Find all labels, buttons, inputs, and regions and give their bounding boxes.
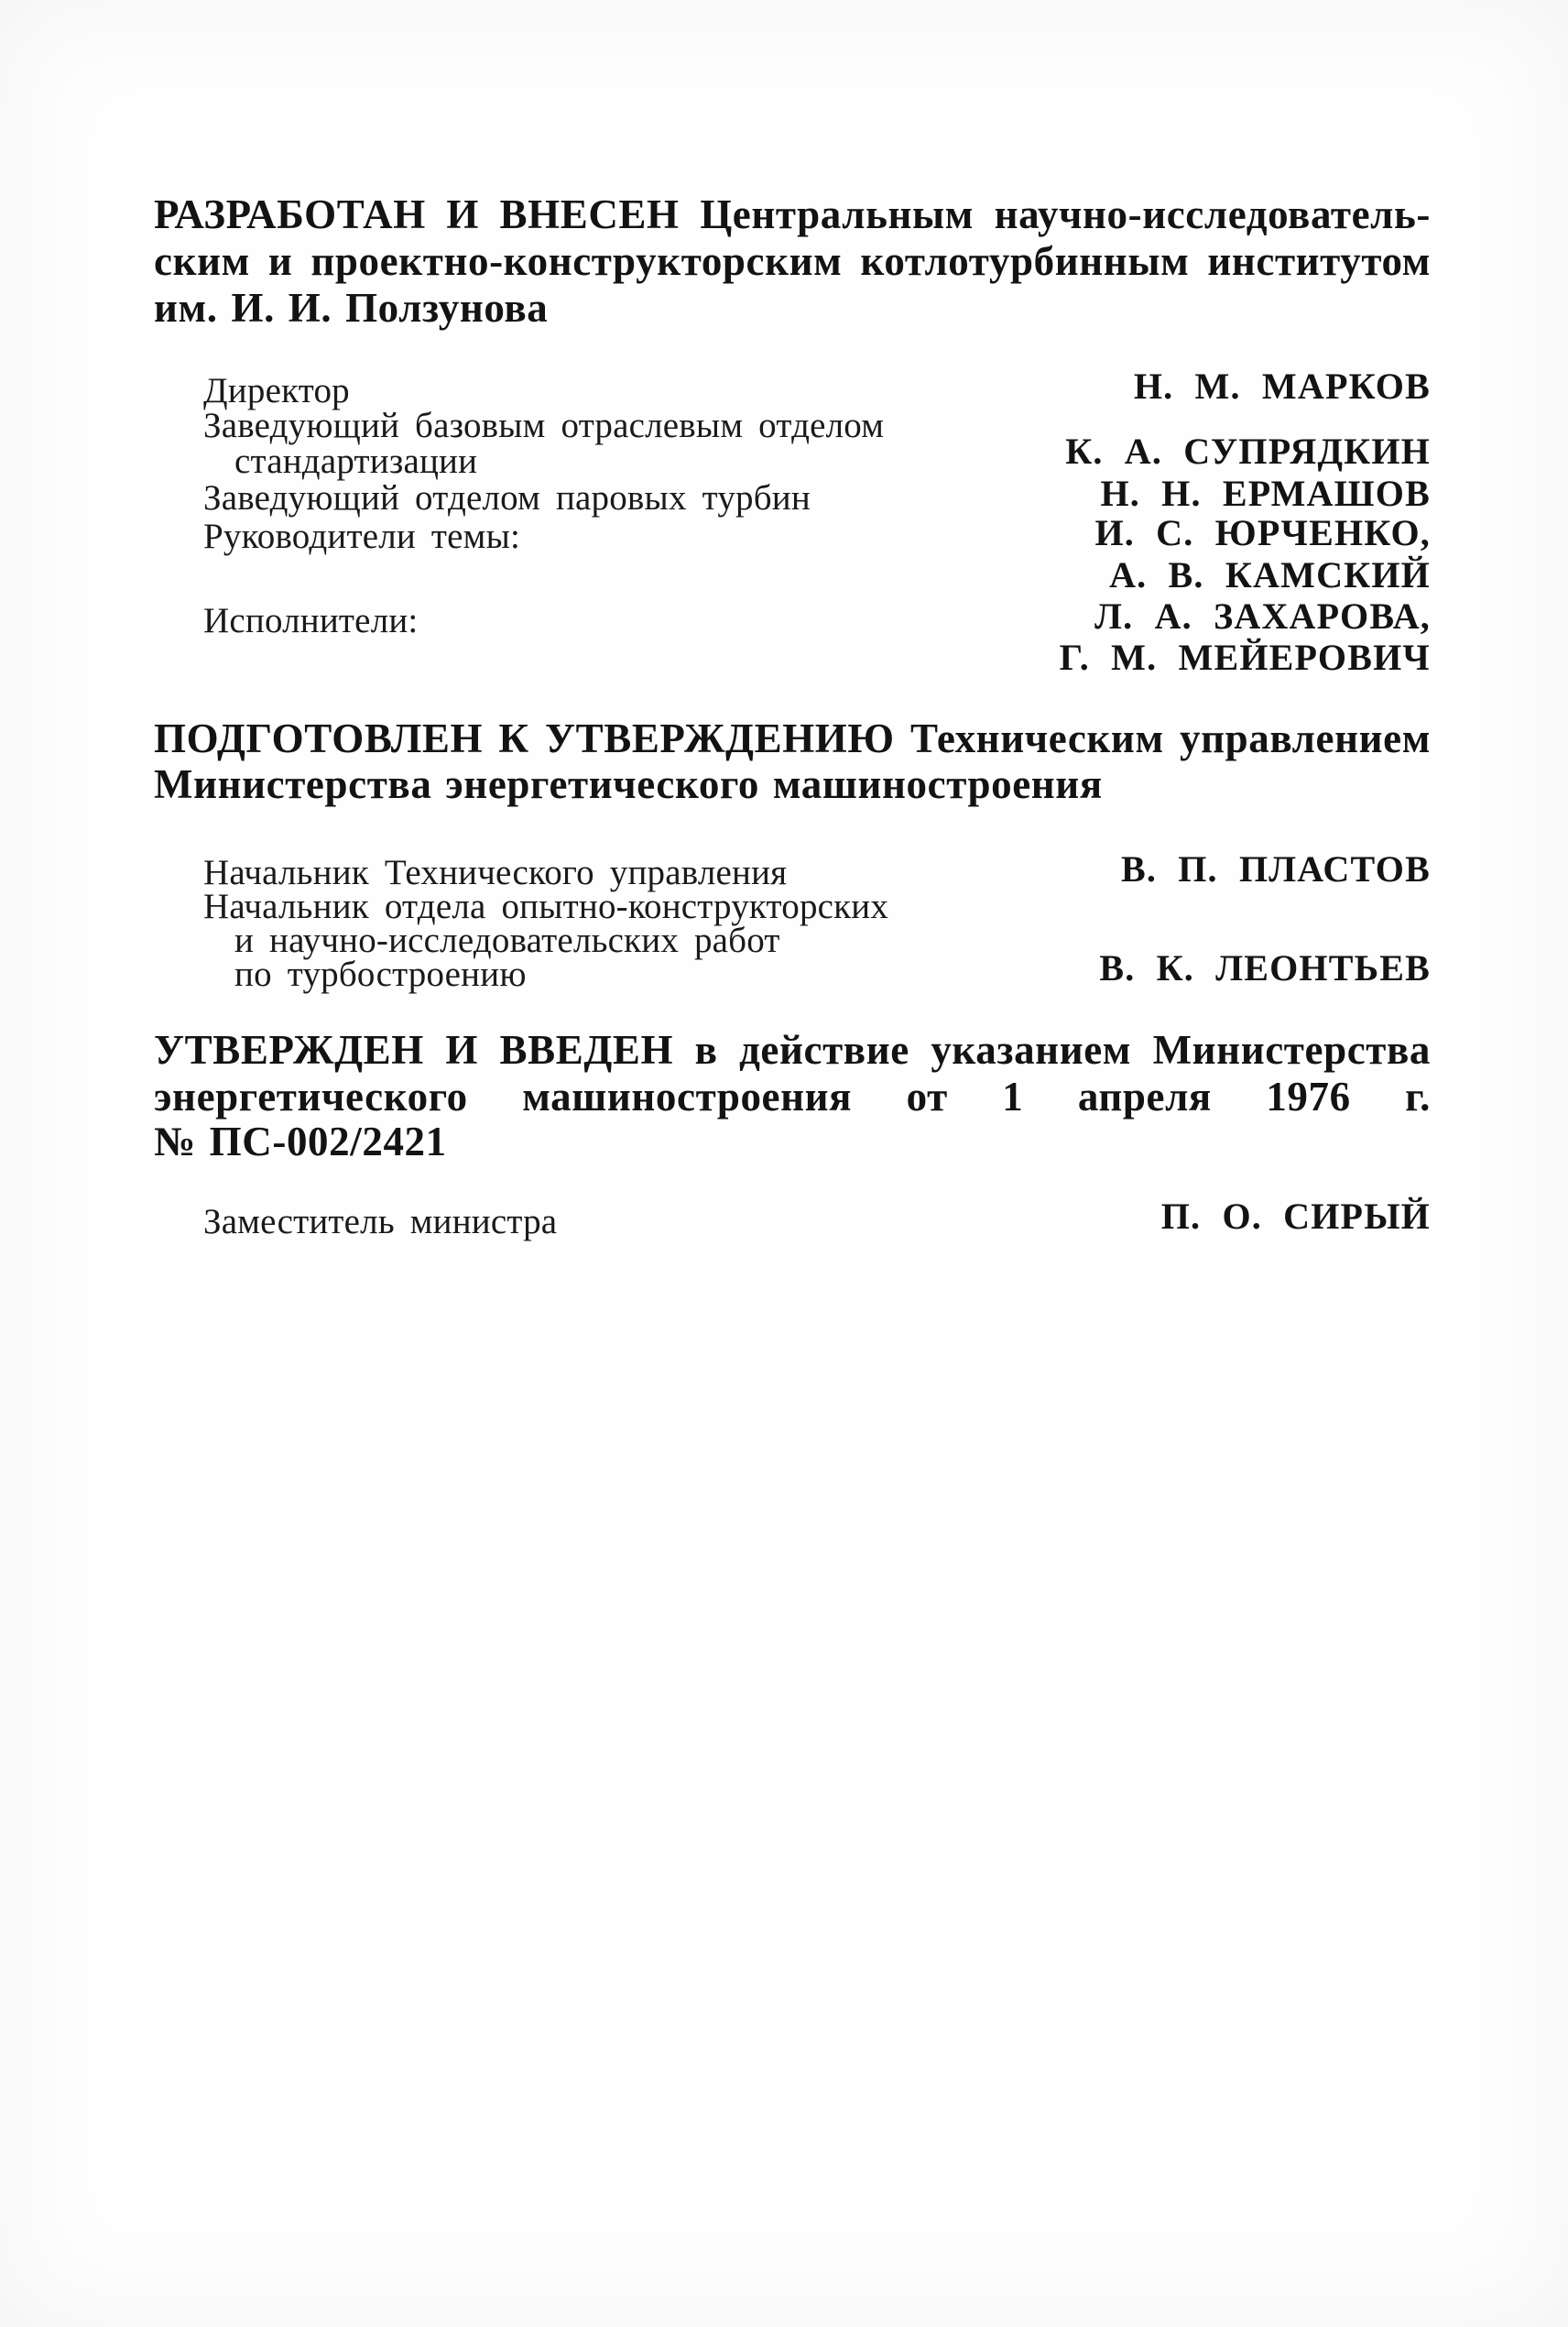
signatory-name: А. В. КАМСКИЙ	[1109, 553, 1431, 596]
signatory-name: Л. А. ЗАХАРОВА,	[1094, 595, 1431, 638]
document-page: РАЗРАБОТАН И ВНЕСЕН Центральным научно-и…	[0, 0, 1568, 2327]
signatory-name: Н. Н. ЕРМАШОВ	[1100, 472, 1431, 515]
signatory-name: В. П. ПЛАСТОВ	[1121, 847, 1431, 890]
signatory-name: К. А. СУПРЯДКИН	[1065, 430, 1431, 473]
role-label: Исполнители:	[203, 600, 418, 641]
role-label: Заведующий отделом паровых турбин	[203, 477, 811, 519]
prepared-heading-line-1: ПОДГОТОВЛЕН К УТВЕРЖДЕНИЮ Техническим уп…	[154, 716, 1431, 761]
role-label: Заместитель министра	[203, 1201, 557, 1242]
role-label-continuation: по турбостроению	[234, 954, 527, 995]
signatory-name: П. О. СИРЫЙ	[1161, 1195, 1431, 1238]
signatory-name: Н. М. МАРКОВ	[1134, 365, 1431, 408]
developed-heading-line-1: РАЗРАБОТАН И ВНЕСЕН Центральным научно-и…	[154, 192, 1431, 237]
prepared-heading-line-2: Министерства энергетического машинострое…	[154, 762, 1431, 807]
role-label-continuation: стандартизации	[234, 441, 477, 482]
approved-heading-line-2: энергетического машиностроения от 1 апре…	[154, 1075, 1431, 1120]
signatory-name: В. К. ЛЕОНТЬЕВ	[1099, 946, 1431, 989]
approved-heading-line-3: № ПС-002/2421	[154, 1120, 1431, 1164]
developed-heading-line-3: им. И. И. Ползунова	[154, 286, 1431, 331]
signatory-name: Г. М. МЕЙЕРОВИЧ	[1060, 636, 1431, 679]
role-label: Руководители темы:	[203, 516, 520, 557]
signatory-name: И. С. ЮРЧЕНКО,	[1094, 511, 1431, 554]
developed-heading-line-2: ским и проектно-конструкторским котлотур…	[154, 239, 1431, 284]
approved-heading-line-1: УТВЕРЖДЕН И ВВЕДЕН в действие указанием …	[154, 1028, 1431, 1073]
